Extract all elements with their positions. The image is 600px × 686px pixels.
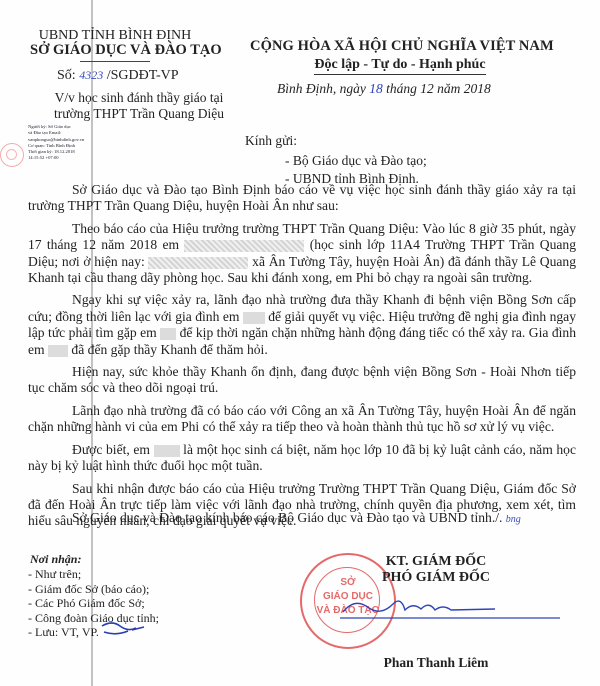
handwritten-day: 18 <box>369 81 383 96</box>
header-rule <box>80 61 150 62</box>
redacted-name <box>154 445 180 457</box>
digital-signature-info: Người ký: Sở Giáo dục và Đào tạo Email: … <box>28 124 76 162</box>
initials-scribble-icon <box>98 618 148 638</box>
paragraph: Hiện nay, sức khỏe thầy Khanh ổn định, đ… <box>28 364 576 397</box>
greeting: Kính gửi: <box>245 133 297 149</box>
signer-name: Phan Thanh Liêm <box>336 655 536 671</box>
redacted-name <box>184 240 304 252</box>
handwritten-signature-icon <box>335 592 565 622</box>
recipient-item: - Như trên; <box>28 567 159 582</box>
recipients-footer-title: Nơi nhận: <box>30 552 81 567</box>
national-header: CỘNG HÒA XÃ HỘI CHỦ NGHĨA VIỆT NAM Độc l… <box>250 38 550 75</box>
redacted-name <box>243 312 265 324</box>
signature-title: KT. GIÁM ĐỐC PHÓ GIÁM ĐỐC <box>336 554 536 586</box>
redacted-address <box>148 257 248 269</box>
date-line: Bình Định, ngày 18 tháng 12 năm 2018 <box>277 81 491 97</box>
document-number: Số: 4323 /SGDĐT-VP <box>57 68 179 84</box>
issuer-name: SỞ GIÁO DỤC VÀ ĐÀO TẠO <box>30 43 200 58</box>
handwritten-initials: bng <box>506 514 521 525</box>
addressee: - Bộ Giáo dục và Đào tạo; <box>285 152 427 170</box>
redacted-name <box>48 345 68 357</box>
handwritten-number: 4323 <box>79 68 103 82</box>
issuer-parent: UBND TỈNH BÌNH ĐỊNH <box>30 28 200 43</box>
document-subject: V/v học sinh đánh thầy giáo tại trường T… <box>54 90 224 122</box>
redacted-name <box>160 328 176 340</box>
paragraph: Ngay khi sự việc xảy ra, lãnh đạo nhà tr… <box>28 292 576 358</box>
paragraph: Theo báo cáo của Hiệu trưởng trường THPT… <box>28 221 576 287</box>
closing-line: Sở Giáo dục và Đào tạo kính báo cáo Bộ G… <box>72 510 521 526</box>
digital-signature-stamp-icon <box>0 143 24 167</box>
document-body: Sở Giáo dục và Đào tạo Bình Định báo cáo… <box>28 182 576 536</box>
recipient-item: - Giám đốc Sở (báo cáo); <box>28 582 159 597</box>
paragraph: Được biết, em là một học sinh cá biệt, n… <box>28 442 576 475</box>
document-page: UBND TỈNH BÌNH ĐỊNH SỞ GIÁO DỤC VÀ ĐÀO T… <box>0 0 600 686</box>
national-motto: Độc lập - Tự do - Hạnh phúc <box>314 57 485 75</box>
recipient-item: - Các Phó Giám đốc Sở; <box>28 596 159 611</box>
paragraph: Sở Giáo dục và Đào tạo Bình Định báo cáo… <box>28 182 576 215</box>
paragraph: Lãnh đạo nhà trường đã có báo cáo với Cô… <box>28 403 576 436</box>
national-title: CỘNG HÒA XÃ HỘI CHỦ NGHĨA VIỆT NAM <box>250 38 550 55</box>
issuer-header: UBND TỈNH BÌNH ĐỊNH SỞ GIÁO DỤC VÀ ĐÀO T… <box>30 28 200 62</box>
